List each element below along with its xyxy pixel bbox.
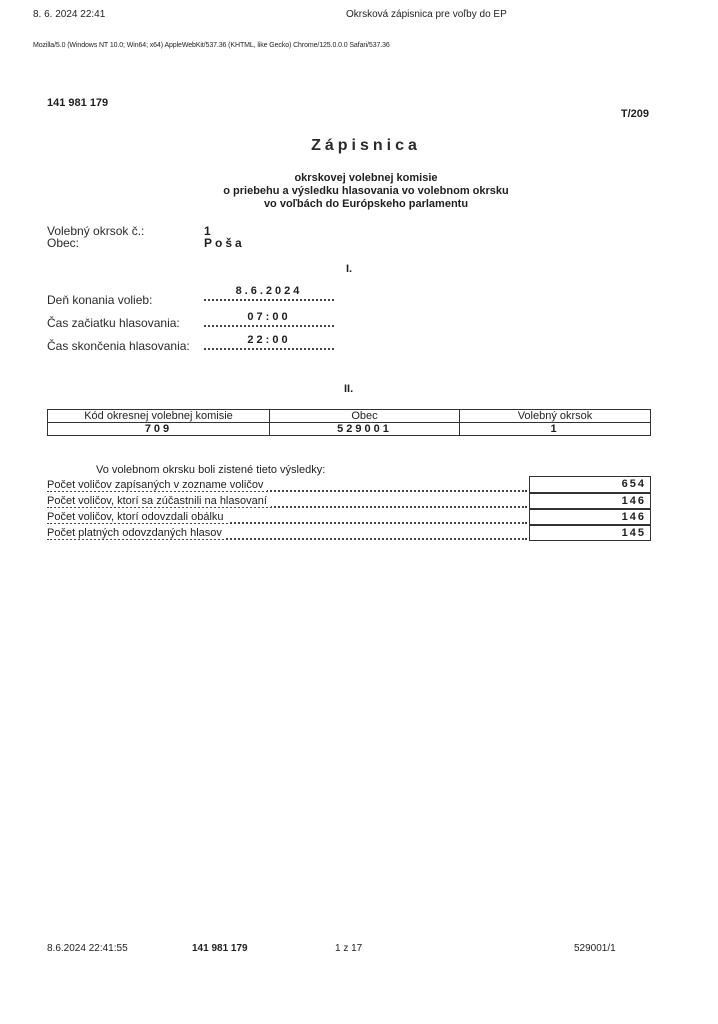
participating-voters-value: 146: [529, 492, 651, 509]
result-label: Počet voličov, ktorí sa zúčastnili na hl…: [47, 495, 271, 507]
result-row: Počet voličov, ktorí sa zúčastnili na hl…: [47, 495, 529, 512]
result-row: Počet voličov, ktorí odovzdali obálku: [47, 511, 529, 528]
envelopes-submitted-value: 146: [529, 508, 651, 525]
result-row: Počet platných odovzdaných hlasov: [47, 527, 529, 544]
subtitle-line: okrskovej volebnej komisie: [14, 172, 718, 185]
dotted-leader: [204, 325, 334, 327]
municipality-code-cell: 529001: [270, 423, 460, 436]
table-row: 709 529001 1: [48, 423, 651, 436]
section-2-heading: II.: [344, 383, 353, 395]
municipality-label: Obec:: [47, 236, 79, 250]
column-header: Kód okresnej volebnej komisie: [48, 410, 270, 423]
table-header-row: Kód okresnej volebnej komisie Obec Voleb…: [48, 410, 651, 423]
print-page-title: Okrsková zápisnica pre voľby do EP: [346, 9, 507, 20]
voting-start-value: 07:00: [204, 311, 334, 323]
column-header: Volebný okrsok: [460, 410, 651, 423]
election-day-label: Deň konania volieb:: [47, 293, 152, 307]
codes-table: Kód okresnej volebnej komisie Obec Voleb…: [47, 409, 651, 436]
municipality-value: Poša: [204, 236, 245, 250]
commission-code-cell: 709: [48, 423, 270, 436]
dotted-leader: [204, 299, 334, 301]
subtitle-line: o priebehu a výsledku hlasovania vo vole…: [14, 185, 718, 198]
section-1-heading: I.: [346, 263, 352, 275]
election-day-value: 8.6.2024: [204, 285, 334, 297]
subtitle-line: vo voľbách do Európskeho parlamentu: [14, 198, 718, 211]
document-title: Zápisnica: [0, 137, 718, 155]
dotted-leader: [204, 348, 334, 350]
footer-document-number: 141 981 179: [192, 943, 248, 954]
valid-votes-value: 145: [529, 524, 651, 541]
user-agent-string: Mozilla/5.0 (Windows NT 10.0; Win64; x64…: [33, 42, 390, 49]
page-indicator: 1 z 17: [335, 943, 362, 954]
document-subtitle: okrskovej volebnej komisie o priebehu a …: [0, 172, 718, 211]
footer-timestamp: 8.6.2024 22:41:55: [47, 943, 128, 954]
voting-end-value: 22:00: [204, 334, 334, 346]
voting-start-label: Čas začiatku hlasovania:: [47, 316, 180, 330]
district-number-cell: 1: [460, 423, 651, 436]
results-intro: Vo volebnom okrsku boli zistené tieto vý…: [96, 464, 325, 476]
print-datetime: 8. 6. 2024 22:41: [33, 9, 105, 20]
result-label: Počet voličov, ktorí odovzdali obálku: [47, 511, 228, 523]
document-number: 141 981 179: [47, 97, 108, 109]
voting-end-label: Čas skončenia hlasovania:: [47, 339, 190, 353]
footer-reference: 529001/1: [574, 943, 616, 954]
result-row: Počet voličov zapísaných v zozname volič…: [47, 479, 529, 496]
registered-voters-value: 654: [529, 476, 651, 493]
column-header: Obec: [270, 410, 460, 423]
form-code: T/209: [621, 108, 649, 120]
result-label: Počet voličov zapísaných v zozname volič…: [47, 479, 267, 491]
result-label: Počet platných odovzdaných hlasov: [47, 527, 226, 539]
